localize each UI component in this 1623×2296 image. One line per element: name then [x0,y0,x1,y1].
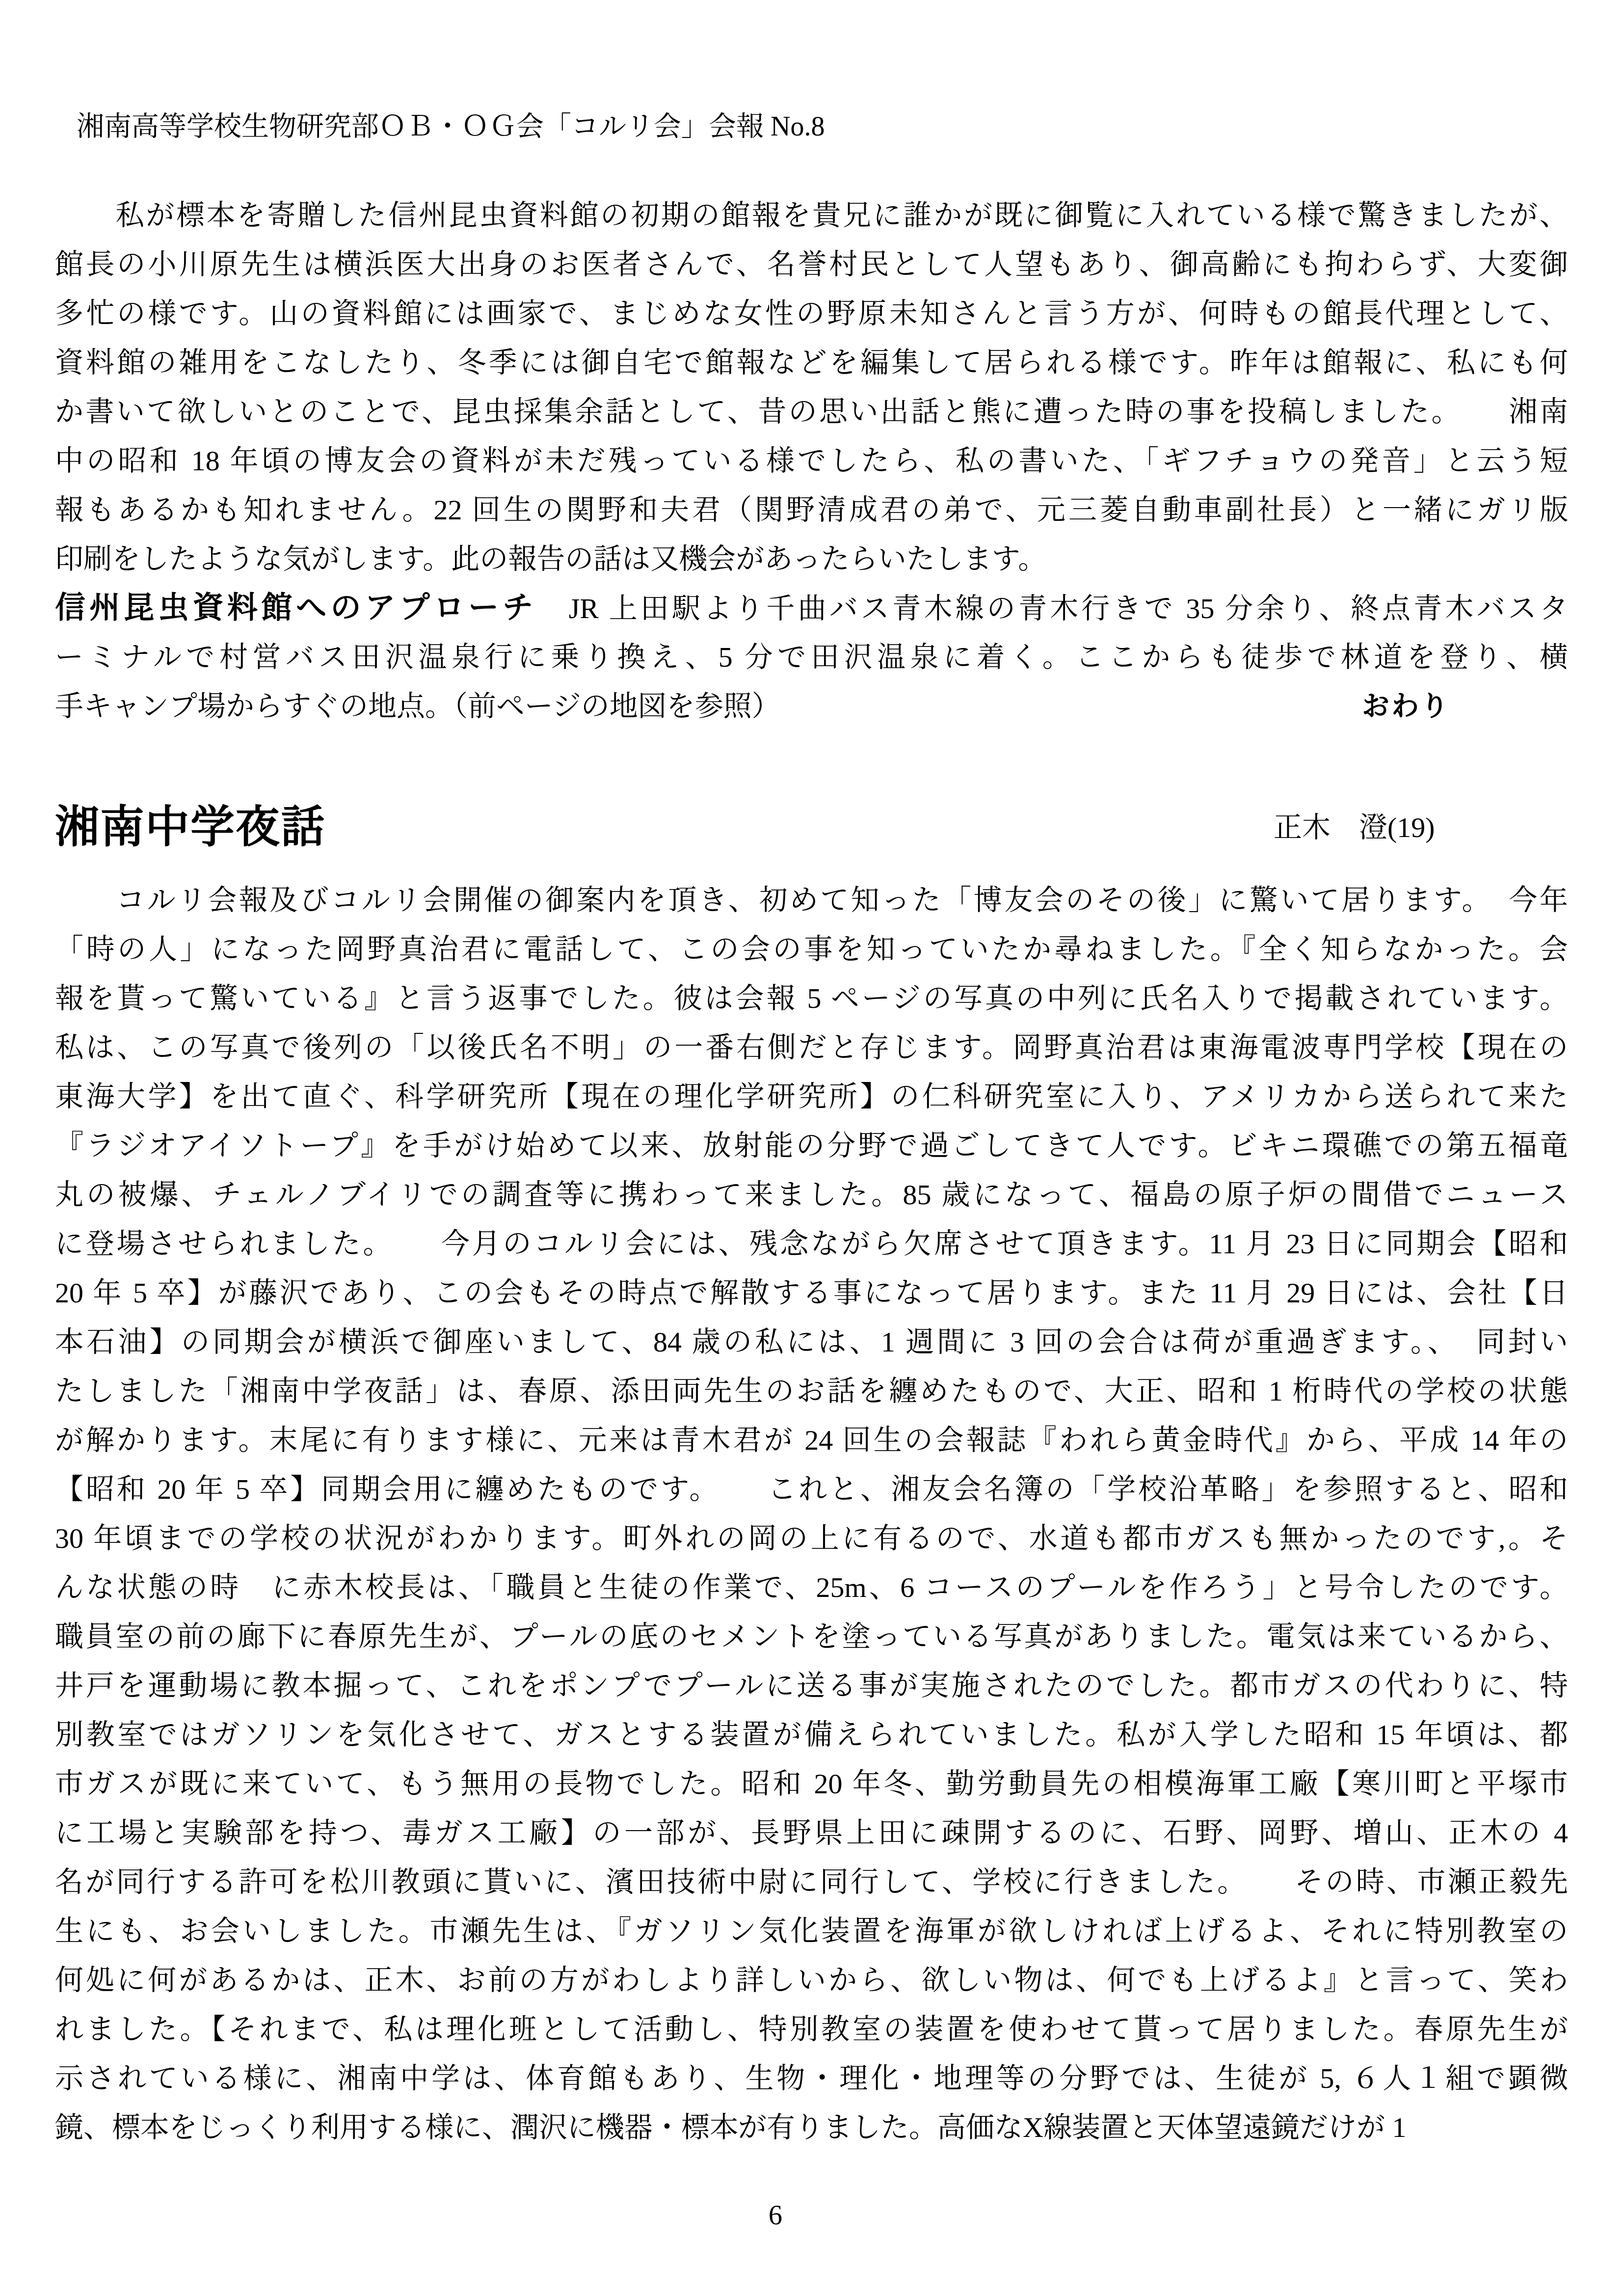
text-line: たしました「湘南中学夜話」は、春原、添田両先生のお話を纏めたもので、大正、昭和 … [55,1367,1568,1416]
text-line: 別教室ではガソリンを気化させて、ガスとする装置が備えられていました。私が入学した… [55,1710,1568,1759]
approach-paragraph: 信州昆虫資料館へのアプローチ JR 上田駅より千曲バス青木線の青木行きで 35 … [55,584,1568,731]
article2-body: コルリ会報及びコルリ会開催の御案内を頂き、初めて知った「博友会のその後」に驚いて… [55,876,1568,2152]
text-line: れました。【それまで、私は理化班として活動し、特別教室の装置を使わせて貰って居り… [55,2005,1568,2054]
text-line: 印刷をしたような気がします。此の報告の話は又機会があったらいたします。 [55,535,1568,584]
text-line: か書いて欲しいとのことで、昆虫採集余話として、昔の思い出話と熊に遭った時の事を投… [55,387,1568,436]
newsletter-page: 湘南高等学校生物研究部ＯＢ・ＯＧ会「コルリ会」会報 No.8 私が標本を寄贈した… [0,0,1623,2296]
text-line: に登場させられました。 今月のコルリ会には、残念ながら欠席させて頂きます。11 … [55,1219,1568,1269]
text-line: 井戸を運動場に教本掘って、これをポンプでプールに送る事が実施されたのでした。都市… [55,1661,1568,1710]
approach-text-1: JR 上田駅より千曲バス青木線の青木行きで 35 分余り、終点青木バスタ [537,593,1568,624]
page-number: 6 [736,2198,815,2233]
text-line: に工場と実験部を持つ、毒ガス工廠】の一部が、長野県上田に疎開するのに、石野、岡野… [55,1809,1568,1858]
page-header: 湘南高等学校生物研究部ＯＢ・ＯＧ会「コルリ会」会報 No.8 [77,107,825,146]
text-line: 【昭和 20 年 5 卒】同期会用に纏めたものです。 これと、湘友会名簿の「学校… [55,1465,1568,1514]
text-line: 館長の小川原先生は横浜医大出身のお医者さんで、名誉村民として人望もあり、御高齢に… [55,240,1568,289]
text-line: 職員室の前の廊下に春原先生が、プールの底のセメントを塗っている写真がありました。… [55,1612,1568,1661]
text-line: 東海大学】を出て直ぐ、科学研究所【現在の理化学研究所】の仁科研究室に入り、アメリ… [55,1072,1568,1121]
article2-title: 湘南中学夜話 [55,791,326,864]
text-line: 『ラジオアイソトープ』を手がけ始めて以来、放射能の分野で過ごしてきて人です。ビキ… [55,1121,1568,1170]
text-line: コルリ会報及びコルリ会開催の御案内を頂き、初めて知った「博友会のその後」に驚いて… [55,876,1568,925]
text-line: 中の昭和 18 年頃の博友会の資料が未だ残っている様でしたら、私の書いた、「ギフ… [55,436,1568,486]
text-line: 名が同行する許可を松川教頭に貰いに、濱田技術中尉に同行して、学校に行きました。 … [55,1858,1568,1907]
text-line: 手キャンプ場からすぐの地点。（前ページの地図を参照） おわり [55,682,1568,731]
end-mark: おわり [1362,682,1450,731]
text-line: 鏡、標本をじっくり利用する様に、潤沢に機器・標本が有りました。高価なX線装置と天… [55,2103,1568,2152]
text-line: 資料館の雑用をこなしたり、冬季には御自宅で館報などを編集して居られる様です。昨年… [55,338,1568,387]
article1-paragraph: 私が標本を寄贈した信州昆虫資料館の初期の館報を貴兄に誰かが既に御覧に入れている様… [55,191,1568,584]
text-line: 「時の人」になった岡野真治君に電話して、この会の事を知っていたか尋ねました。『全… [55,925,1568,974]
approach-label: 信州昆虫資料館へのアプローチ [55,592,537,625]
text-line: 報もあるかも知れません。22 回生の関野和夫君（関野清成君の弟で、元三菱自動車副… [55,486,1568,535]
text-line: 報を貰って驚いている』と言う返事でした。彼は会報 5 ページの写真の中列に氏名入… [55,974,1568,1023]
text-line: ーミナルで村営バス田沢温泉行に乗り換え、5 分で田沢温泉に着く。ここからも徒歩で… [55,633,1568,682]
text-line: んな状態の時 に赤木校長は、「職員と生徒の作業で、25m、6 コースのプールを作… [55,1563,1568,1612]
text-line: 本石油】の同期会が横浜で御座いまして、84 歳の私には、1 週間に 3 回の会合… [55,1318,1568,1367]
text-line: 20 年 5 卒】が藤沢であり、この会もその時点で解散する事になって居ります。ま… [55,1269,1568,1318]
text-line: 信州昆虫資料館へのアプローチ JR 上田駅より千曲バス青木線の青木行きで 35 … [55,584,1568,633]
text-line: 30 年頃までの学校の状況がわかります。町外れの岡の上に有るので、水道も都市ガス… [55,1514,1568,1563]
text-line: 丸の被爆、チェルノブイリでの調査等に携わって来ました。85 歳になって、福島の原… [55,1170,1568,1219]
text-line: 生にも、お会いしました。市瀬先生は、『ガソリン気化装置を海軍が欲しければ上げるよ… [55,1907,1568,1956]
text-line: が解かります。末尾に有ります様に、元来は青木君が 24 回生の会報誌『われら黄金… [55,1416,1568,1465]
text-line: 私は、この写真で後列の「以後氏名不明」の一番右側だと存じます。岡野真治君は東海電… [55,1023,1568,1072]
text-line: 多忙の様です。山の資料館には画家で、まじめな女性の野原未知さんと言う方が、何時も… [55,289,1568,338]
text-line: 市ガスが既に来ていて、もう無用の長物でした。昭和 20 年冬、勤労動員先の相模海… [55,1759,1568,1809]
article2-author: 正木 澄(19) [1274,791,1435,864]
text-line: 示されている様に、湘南中学は、体育館もあり、生物・理化・地理等の分野では、生徒が… [55,2054,1568,2103]
article2-title-row: 湘南中学夜話 正木 澄(19) [55,791,1568,864]
text-line: 私が標本を寄贈した信州昆虫資料館の初期の館報を貴兄に誰かが既に御覧に入れている様… [55,191,1568,240]
approach-text-3: 手キャンプ場からすぐの地点。（前ページの地図を参照） [55,690,780,722]
text-line: 何処に何があるかは、正木、お前の方がわしより詳しいから、欲しい物は、何でも上げる… [55,1956,1568,2005]
